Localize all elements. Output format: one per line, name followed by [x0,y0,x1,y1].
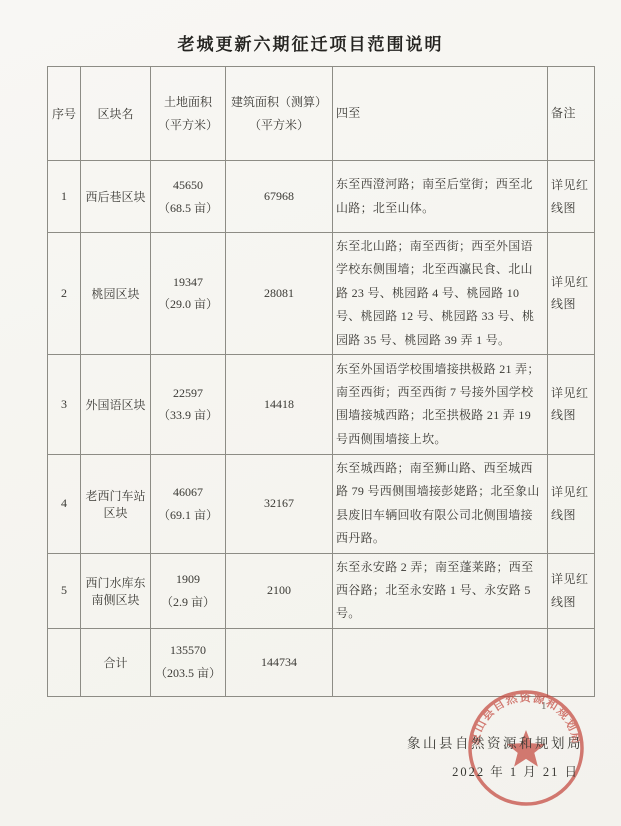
cell-land-area: 45650 （68.5 亩） [151,161,226,233]
issuing-agency: 象山县自然资源和规划局 [407,732,583,752]
cell-block: 桃园区块 [81,233,151,355]
cell-note: 详见红线图 [548,454,595,553]
cell-block: 老西门车站区块 [81,454,151,553]
cell-block: 西后巷区块 [81,161,151,233]
table-row: 5 西门水库东南侧区块 1909 （2.9 亩） 2100 东至永安路 2 弄；… [48,553,595,628]
cell-note: 详见红线图 [548,354,595,454]
cell-building-area: 2100 [226,553,333,628]
cell-building-area-total: 144734 [226,628,333,696]
cell-block: 外国语区块 [81,354,151,454]
header-bounds: 四至 [333,67,548,161]
cell-bounds [333,628,548,696]
cell-seq [48,628,81,696]
cell-note: 详见红线图 [548,553,595,628]
cell-bounds: 东至永安路 2 弄；南至蓬莱路；西至西谷路；北至永安路 1 号、永安路 5 号。 [333,553,548,628]
cell-bounds: 东至北山路；南至西街；西至外国语学校东侧围墙；北至西瀛民食、北山路 23 号、桃… [333,233,548,355]
cell-land-area: 46067 （69.1 亩） [151,454,226,553]
cell-land-area: 22597 （33.9 亩） [151,354,226,454]
table-header-row: 序号 区块名 土地面积 （平方米） 建筑面积（测算） （平方米） 四至 备注 [48,67,595,161]
cell-building-area: 67968 [226,161,333,233]
cell-land-area: 1909 （2.9 亩） [151,553,226,628]
signature-block: 象山县自然资源和规划局 2022 年 1 月 21 日 [407,732,583,780]
cell-building-area: 28081 [226,233,333,355]
cell-seq: 1 [48,161,81,233]
table-row: 2 桃园区块 19347 （29.0 亩） 28081 东至北山路；南至西街；西… [48,233,595,355]
cell-seq: 2 [48,233,81,355]
header-building-area: 建筑面积（测算） （平方米） [226,67,333,161]
cell-note [548,628,595,696]
cell-seq: 5 [48,553,81,628]
cell-building-area: 14418 [226,354,333,454]
cell-land-area-total: 135570 （203.5 亩） [151,628,226,696]
cell-bounds: 东至城西路；南至狮山路、西至城西路 79 号西侧围墙接彭姥路；北至象山县废旧车辆… [333,454,548,553]
header-note: 备注 [548,67,595,161]
header-seq: 序号 [48,67,81,161]
table-row: 1 西后巷区块 45650 （68.5 亩） 67968 东至西澄河路；南至后堂… [48,161,595,233]
table-total-row: 合计 135570 （203.5 亩） 144734 [48,628,595,696]
cell-note: 详见红线图 [548,233,595,355]
cell-bounds: 东至西澄河路；南至后堂街；西至北山路；北至山体。 [333,161,548,233]
cell-block: 西门水库东南侧区块 [81,553,151,628]
issue-date: 2022 年 1 月 21 日 [407,762,583,780]
cell-land-area: 19347 （29.0 亩） [151,233,226,355]
header-block: 区块名 [81,67,151,161]
cell-block-total-label: 合计 [81,628,151,696]
cell-bounds: 东至外国语学校围墙接拱极路 21 弄；南至西街；西至西街 7 号接外国学校围墙接… [333,354,548,454]
scanned-document-page: 老城更新六期征迁项目范围说明 序号 区块名 土地面积 （平方米） 建筑面积（测算… [0,0,621,826]
table-row: 4 老西门车站区块 46067 （69.1 亩） 32167 东至城西路；南至狮… [48,454,595,553]
cell-seq: 4 [48,454,81,553]
table-row: 3 外国语区块 22597 （33.9 亩） 14418 东至外国语学校围墙接拱… [48,354,595,454]
project-scope-table: 序号 区块名 土地面积 （平方米） 建筑面积（测算） （平方米） 四至 备注 1… [47,66,595,697]
cell-note: 详见红线图 [548,161,595,233]
document-title: 老城更新六期征迁项目范围说明 [0,30,621,55]
cell-building-area: 32167 [226,454,333,553]
stray-page-mark: 1 [541,700,547,712]
header-land-area: 土地面积 （平方米） [151,67,226,161]
cell-seq: 3 [48,354,81,454]
